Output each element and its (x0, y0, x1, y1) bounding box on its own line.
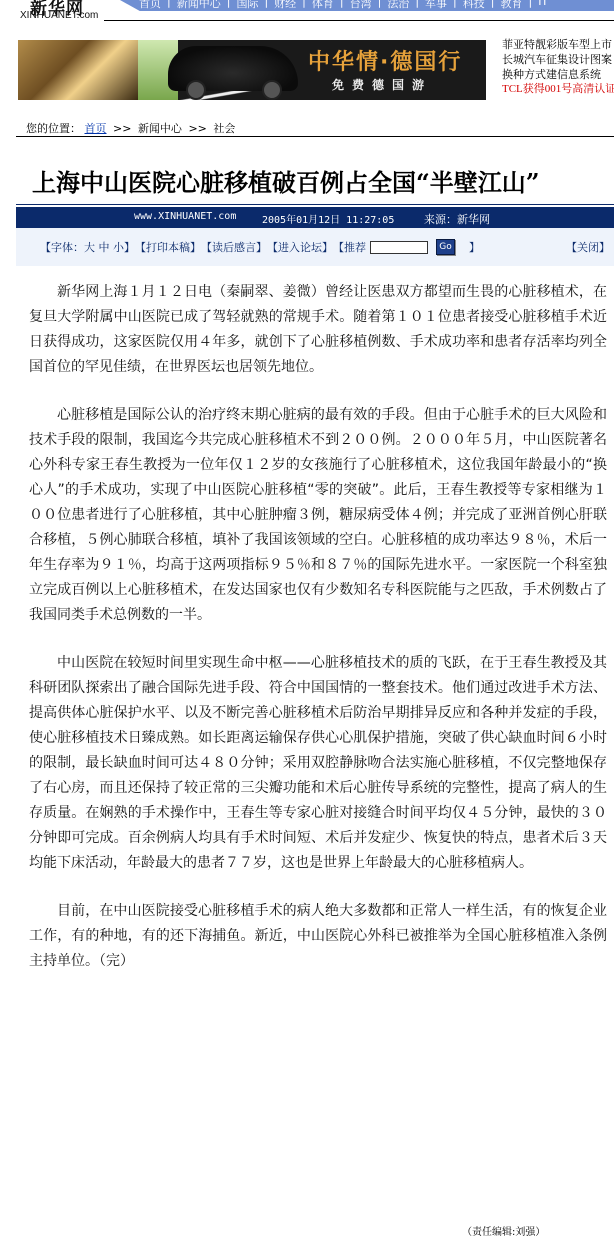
article-paragraph: 心脏移植是国际公认的治疗终末期心脏病的最有效的手段。但由于心脏手术的巨大风险和技… (29, 403, 607, 628)
article-body: 新华网上海１月１２日电（秦嗣翠、姜微）曾经让医患双方都望而生畏的心脏移植术，在复… (29, 280, 607, 997)
breadcrumb-divider (16, 136, 614, 137)
ad-links: 菲亚特靓彩版车型上市 长城汽车征集设计图案 换种方式建信息系统 TCL获得001… (502, 37, 614, 97)
nav-item-finance[interactable]: 财经 (271, 0, 299, 11)
toolbar-items: 【字体： 大 中 小 】 【打印本稿】 【读后感言】 【进入论坛】 【推荐 Go… (40, 239, 480, 255)
print-button[interactable]: 【打印本稿】 (135, 239, 201, 255)
font-size-medium[interactable]: 中 (99, 239, 110, 255)
nav-separator: | (224, 0, 234, 11)
banner-subtitle: 免费德国游 (332, 76, 432, 93)
car-wheel-icon (186, 80, 206, 100)
header-divider (104, 20, 614, 21)
article-source: 来源：新华网 (424, 211, 490, 227)
site-url: www.XINHUANET.com (134, 211, 236, 222)
go-button[interactable]: Go (436, 239, 455, 255)
recommend-label: 【推荐 (333, 239, 366, 255)
ad-link-fiat[interactable]: 菲亚特靓彩版车型上市 (502, 37, 614, 52)
banner-cathedral-image (18, 40, 138, 100)
nav-separator: | (450, 0, 460, 11)
nav-separator: | (375, 0, 385, 11)
info-divider (16, 204, 614, 205)
nav-separator: | (525, 0, 535, 11)
top-nav: 首页 | 新闻中心 | 国际 | 财经 | 体育 | 台湾 | 法治 | 军事 … (120, 0, 614, 11)
ad-link-tcl[interactable]: TCL获得001号高清认证 (502, 82, 614, 97)
nav-separator: | (412, 0, 422, 11)
forum-button[interactable]: 【进入论坛】 (267, 239, 333, 255)
nav-item-sports[interactable]: 体育 (309, 0, 337, 11)
responsible-editor: （责任编辑:刘强） (462, 1223, 545, 1238)
nav-item-world[interactable]: 国际 (233, 0, 261, 11)
nav-item-military[interactable]: 军事 (422, 0, 450, 11)
banner-ad[interactable]: 中华情·德国行 免费德国游 (18, 40, 486, 100)
nav-item-education[interactable]: 教育 (497, 0, 525, 11)
nav-separator: | (488, 0, 498, 11)
nav-item-law[interactable]: 法治 (384, 0, 412, 11)
nav-list: 首页 | 新闻中心 | 国际 | 财经 | 体育 | 台湾 | 法治 | 军事 … (136, 0, 551, 11)
breadcrumb-news-center[interactable]: 新闻中心 (138, 122, 182, 135)
recommend-input[interactable] (370, 241, 428, 254)
nav-separator: | (337, 0, 347, 11)
nav-item-news[interactable]: 新闻中心 (174, 0, 224, 11)
nav-item-it[interactable]: IT (535, 0, 551, 11)
page-title: 上海中山医院心脏移植破百例占全国“半壁江山” (32, 163, 540, 198)
font-size-close-bracket: 】 (124, 239, 135, 255)
ad-link-greatwall[interactable]: 长城汽车征集设计图案 (502, 52, 614, 67)
recommend-close-bracket: 】 (469, 239, 480, 255)
breadcrumb: 您的位置： 首页 >> 新闻中心 >> 社会 (26, 120, 235, 136)
article-meta-bar: www.XINHUANET.com 2005年01月12日 11:27:05 来… (16, 207, 614, 228)
nav-item-home[interactable]: 首页 (136, 0, 164, 11)
nav-item-taiwan[interactable]: 台湾 (347, 0, 375, 11)
close-button[interactable]: 【关闭】 (566, 239, 610, 255)
breadcrumb-separator: >> (185, 122, 209, 135)
font-size-small[interactable]: 小 (113, 239, 124, 255)
article-paragraph: 目前，在中山医院接受心脏移植手术的病人绝大多数都和正常人一样生活，有的恢复企业工… (29, 899, 607, 974)
font-size-large[interactable]: 大 (84, 239, 95, 255)
nav-separator: | (261, 0, 271, 11)
banner-title: 中华情·德国行 (308, 45, 462, 76)
nav-separator: | (299, 0, 309, 11)
car-wheel-icon (262, 80, 282, 100)
article-paragraph: 中山医院在较短时间里实现生命中枢——心脏移植技术的质的飞跃，在于王春生教授及其科… (29, 651, 607, 876)
breadcrumb-prefix: 您的位置： (26, 122, 81, 135)
publish-datetime: 2005年01月12日 11:27:05 (262, 211, 394, 226)
breadcrumb-society[interactable]: 社会 (213, 122, 235, 135)
ad-link-info-system[interactable]: 换种方式建信息系统 (502, 67, 614, 82)
article-paragraph: 新华网上海１月１２日电（秦嗣翠、姜微）曾经让医患双方都望而生畏的心脏移植术，在复… (29, 280, 607, 380)
article-toolbar: 【字体： 大 中 小 】 【打印本稿】 【读后感言】 【进入论坛】 【推荐 Go… (16, 228, 614, 266)
breadcrumb-separator: >> (110, 122, 134, 135)
breadcrumb-home[interactable]: 首页 (85, 122, 107, 135)
logo-english[interactable]: XINHUANET.com (20, 10, 98, 21)
font-size-label: 【字体： (40, 239, 84, 255)
nav-separator: | (164, 0, 174, 11)
comment-button[interactable]: 【读后感言】 (201, 239, 267, 255)
nav-item-tech[interactable]: 科技 (460, 0, 488, 11)
